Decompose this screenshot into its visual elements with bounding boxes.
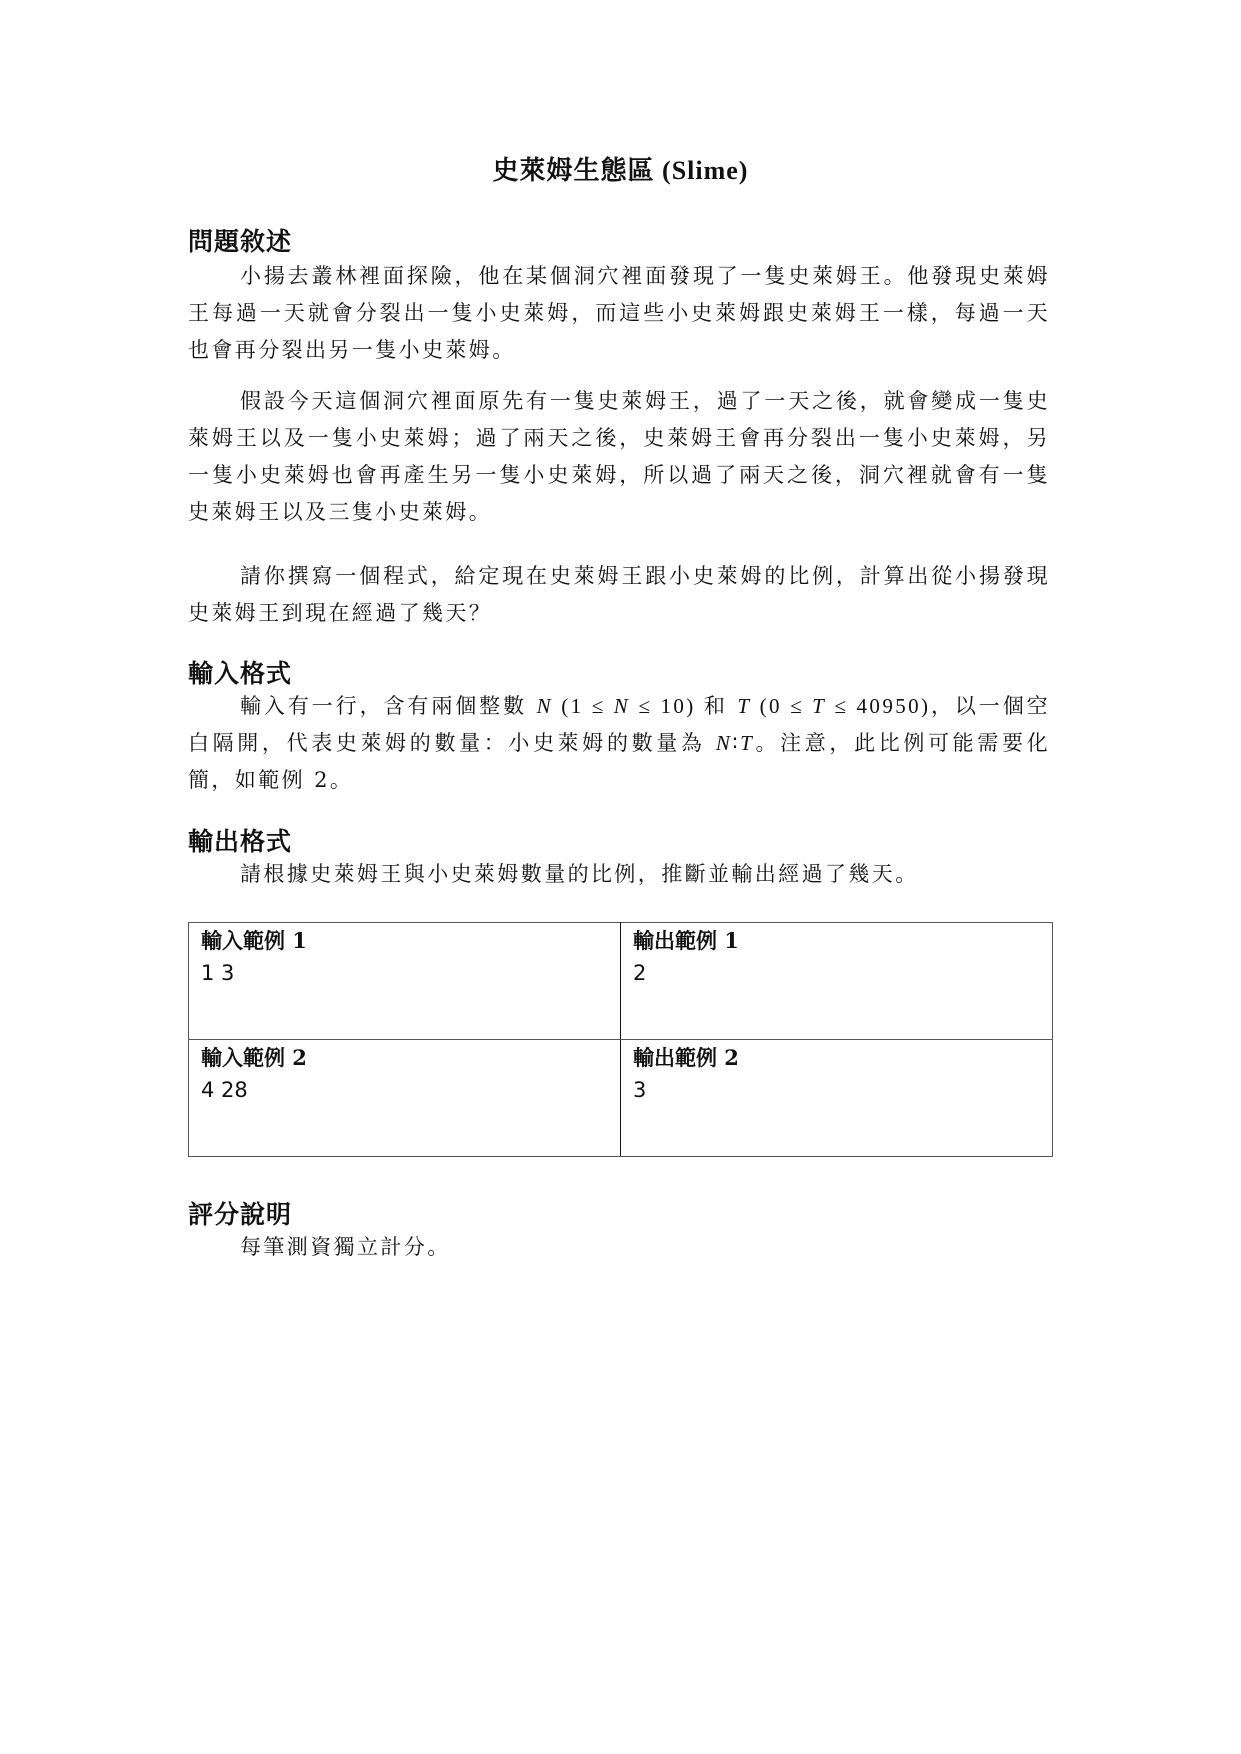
- section-heading-output-format: 輸出格式: [188, 822, 292, 858]
- section-heading-input-format: 輸入格式: [188, 654, 292, 690]
- sample-output-cell-1: 輸出範例 1 2: [621, 923, 1053, 1040]
- input-format-text: 輸入有一行，含有兩個整數: [240, 694, 537, 718]
- range-t-end: ≤ 40950): [826, 694, 930, 718]
- var-n: N: [537, 694, 553, 718]
- ratio-t: T: [740, 731, 754, 755]
- description-paragraph-3: 請你撰寫一個程式，給定現在史萊姆王跟小史萊姆的比例，計算出從小揚發現史萊姆王到現…: [188, 558, 1050, 632]
- section-heading-scoring: 評分說明: [188, 1195, 292, 1231]
- sample-row-1: 輸入範例 1 1 3 輸出範例 1 2: [189, 923, 1053, 1040]
- sample-output-label: 輸出範例 2: [633, 1042, 1040, 1074]
- section-heading-description: 問題敘述: [188, 222, 292, 258]
- sample-output-cell-2: 輸出範例 2 3: [621, 1040, 1053, 1157]
- output-format-paragraph: 請根據史萊姆王與小史萊姆數量的比例，推斷並輸出經過了幾天。: [188, 856, 1050, 893]
- document-page: 史萊姆生態區 (Slime) 問題敘述 小揚去叢林裡面探險，他在某個洞穴裡面發現…: [0, 0, 1241, 1754]
- ratio-separator: ∶: [732, 731, 740, 755]
- input-format-paragraph: 輸入有一行，含有兩個整數 N (1 ≤ N ≤ 10) 和 T (0 ≤ T ≤…: [188, 688, 1050, 799]
- var-t: T: [737, 694, 751, 718]
- sample-input-cell-1: 輸入範例 1 1 3: [189, 923, 621, 1040]
- sample-input-label: 輸入範例 2: [201, 1042, 608, 1074]
- and-text: 和: [704, 694, 738, 718]
- description-paragraph-1: 小揚去叢林裡面探險，他在某個洞穴裡面發現了一隻史萊姆王。他發現史萊姆王每過一天就…: [188, 258, 1050, 369]
- ratio-n: N: [716, 731, 732, 755]
- description-paragraph-2: 假設今天這個洞穴裡面原先有一隻史萊姆王，過了一天之後，就會變成一隻史萊姆王以及一…: [188, 383, 1050, 531]
- sample-input-value: 1 3: [201, 957, 608, 989]
- scoring-paragraph: 每筆測資獨立計分。: [188, 1229, 1050, 1266]
- sample-input-label: 輸入範例 1: [201, 925, 608, 957]
- range-t-start: (0 ≤: [751, 694, 812, 718]
- sample-row-2: 輸入範例 2 4 28 輸出範例 2 3: [189, 1040, 1053, 1157]
- range-n-start: (1 ≤: [553, 694, 614, 718]
- sample-output-value: 3: [633, 1074, 1040, 1106]
- sample-output-label: 輸出範例 1: [633, 925, 1040, 957]
- sample-input-cell-2: 輸入範例 2 4 28: [189, 1040, 621, 1157]
- sample-input-value: 4 28: [201, 1074, 608, 1106]
- page-title: 史萊姆生態區 (Slime): [0, 150, 1241, 187]
- var-t: T: [812, 694, 826, 718]
- samples-table: 輸入範例 1 1 3 輸出範例 1 2 輸入範例 2 4 28 輸出範例 2 3: [188, 922, 1053, 1157]
- range-n-end: ≤ 10): [630, 694, 704, 718]
- sample-output-value: 2: [633, 957, 1040, 989]
- var-n: N: [614, 694, 630, 718]
